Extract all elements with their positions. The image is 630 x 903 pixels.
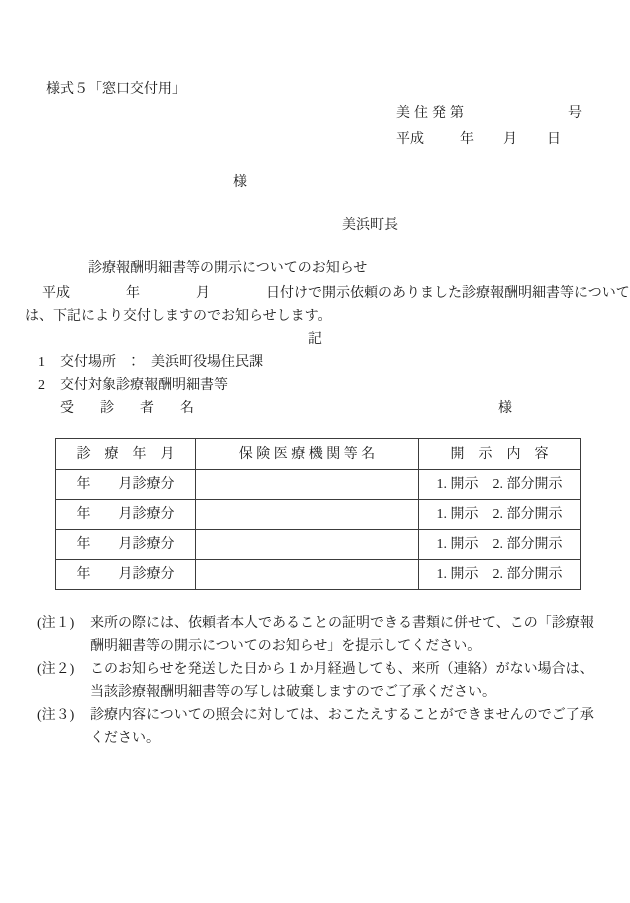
cell-disclosure: 1. 開示 2. 部分開示 [419,530,581,560]
cell-institution [196,500,419,530]
sender-name: 美浜町長 [342,216,398,235]
document-page: 様式５「窓口交付用」 美住発第 号 平成 年 月 日 様 美浜町長 診療報酬明細… [0,0,630,903]
cell-disclosure: 1. 開示 2. 部分開示 [419,500,581,530]
note-3-line-1: 診療内容についての照会に対しては、おこたえすることができませんのでご了承 [90,704,607,727]
note-2-line-2: 当該診療報酬明細書等の写しは破棄しますのでご了承ください。 [90,681,607,704]
date-line: 平成 年 月 日 [0,130,630,244]
patient-honorific: 様 [498,399,512,418]
addressee-honorific: 様 [233,173,247,192]
table-row: 年 月診療分 1. 開示 2. 部分開示 [56,560,581,590]
note-1-line-2: 酬明細書等の開示についてのお知らせ」を提示してください。 [90,635,607,658]
form-label: 様式５「窓口交付用」 [46,80,186,99]
cell-period: 年 月診療分 [56,470,196,500]
note-3: (注３) 診療内容についての照会に対しては、おこたえすることができませんのでご了… [37,704,607,750]
date-year-label: 年 [460,130,474,149]
col-header-disclosure: 開 示 内 容 [419,439,581,470]
record-marker: 記 [0,330,630,349]
note-3-line-2: ください。 [90,727,607,750]
date-month-label: 月 [503,130,517,149]
cell-disclosure: 1. 開示 2. 部分開示 [419,560,581,590]
note-1-line-1: 来所の際には、依頼者本人であることの証明できる書類に併せて、この「診療報 [90,612,607,635]
col-header-period: 診 療 年 月 [56,439,196,470]
cell-period: 年 月診療分 [56,560,196,590]
item-1-number: 1 [38,353,45,372]
cell-disclosure: 1. 開示 2. 部分開示 [419,470,581,500]
note-2-label: (注２) [37,658,74,681]
table-row: 年 月診療分 1. 開示 2. 部分開示 [56,530,581,560]
note-2-line-1: このお知らせを発送した日から１か月経過しても、来所（連絡）がない場合は、 [90,658,607,681]
doc-number-prefix: 美住発第 [396,104,468,123]
body-line-1: 平成 年 月 日付けで開示依頼のありました診療報酬明細書等について [42,284,630,303]
note-2: (注２) このお知らせを発送した日から１か月経過しても、来所（連絡）がない場合は… [37,658,607,704]
cell-institution [196,530,419,560]
date-era: 平成 [396,130,424,149]
doc-number-suffix: 号 [568,104,582,123]
table-row: 年 月診療分 1. 開示 2. 部分開示 [56,470,581,500]
note-1: (注１) 来所の際には、依頼者本人であることの証明できる書類に併せて、この「診療… [37,612,607,658]
cell-period: 年 月診療分 [56,500,196,530]
item-2-text: 交付対象診療報酬明細書等 [60,376,228,395]
disclosure-table: 診 療 年 月 保 険 医 療 機 関 等 名 開 示 内 容 年 月診療分 1… [55,438,581,590]
document-title: 診療報酬明細書等の開示についてのお知らせ [88,259,367,278]
note-1-label: (注１) [37,612,74,635]
cell-period: 年 月診療分 [56,530,196,560]
patient-name-label: 受診者名 [60,399,220,418]
body-line-2: は、下記により交付しますのでお知らせします。 [25,307,331,326]
item-1-text: 交付場所 ： 美浜町役場住民課 [60,353,263,372]
col-header-institution: 保 険 医 療 機 関 等 名 [196,439,419,470]
note-3-label: (注３) [37,704,74,727]
table-header-row: 診 療 年 月 保 険 医 療 機 関 等 名 開 示 内 容 [56,439,581,470]
cell-institution [196,560,419,590]
date-day-label: 日 [547,130,561,149]
table-row: 年 月診療分 1. 開示 2. 部分開示 [56,500,581,530]
cell-institution [196,470,419,500]
item-2-number: 2 [38,376,45,395]
